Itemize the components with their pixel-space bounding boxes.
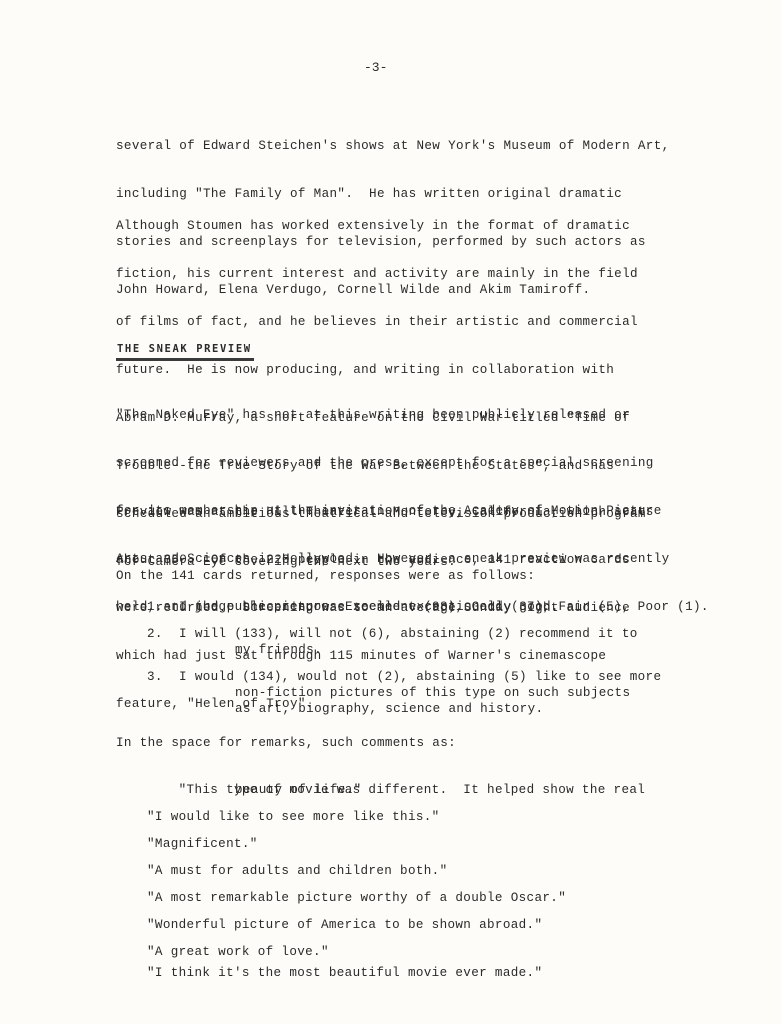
text-line: "The Naked Eye" has not at this writing … [116,407,670,423]
remark-quote: "I would like to see more like this." [147,809,440,825]
quote-text-continued: beauty of life." [235,782,362,798]
text-line: which had just sat through 115 minutes o… [116,648,654,664]
remark-quote: "I think it's the most beautiful movie e… [147,965,542,981]
paragraph-remarks-intro: In the space for remarks, such comments … [116,735,456,751]
list-text-continued: my friends. [235,642,322,658]
text-line: fiction, his current interest and activi… [116,266,646,282]
list-text-continued: as art, biography, science and history. [235,701,543,717]
remark-quote: "A most remarkable picture worthy of a d… [147,890,566,906]
section-heading: THE SNEAK PREVIEW [117,343,252,355]
list-number: 1. [147,599,163,615]
text-line: of films of fact, and he believes in the… [116,314,646,330]
text-line: about 350. Of the 220 people in the audi… [116,552,654,568]
paragraph-responses-intro: On the 141 cards returned, responses wer… [116,568,535,584]
remark-quote: "Magnificent." [147,836,258,852]
text-line: screened for reviewers and the press, ex… [116,455,670,471]
remark-quote: "Wonderful picture of America to be show… [147,917,542,933]
remark-quote: "A must for adults and children both." [147,863,447,879]
list-text: I judge the picture Excellent (98), Good… [179,599,709,615]
list-text: I would (134), would not (2), abstaining… [179,669,661,685]
document-page: -3- several of Edward Steichen's shows a… [0,0,782,1024]
page-number: -3- [364,60,387,75]
list-number: 2. [147,626,163,642]
text-line: Although Stoumen has worked extensively … [116,218,646,234]
text-line: Preview was at the Hill Theater in Monte… [116,504,654,520]
list-text-continued: non-fiction pictures of this type on suc… [235,685,630,701]
remark-quote: "A great work of love." [147,944,329,960]
list-number: 3. [147,669,163,685]
list-text: I will (133), will not (6), abstaining (… [179,626,638,642]
text-line: several of Edward Steichen's shows at Ne… [116,138,670,154]
heading-underline [116,358,254,361]
